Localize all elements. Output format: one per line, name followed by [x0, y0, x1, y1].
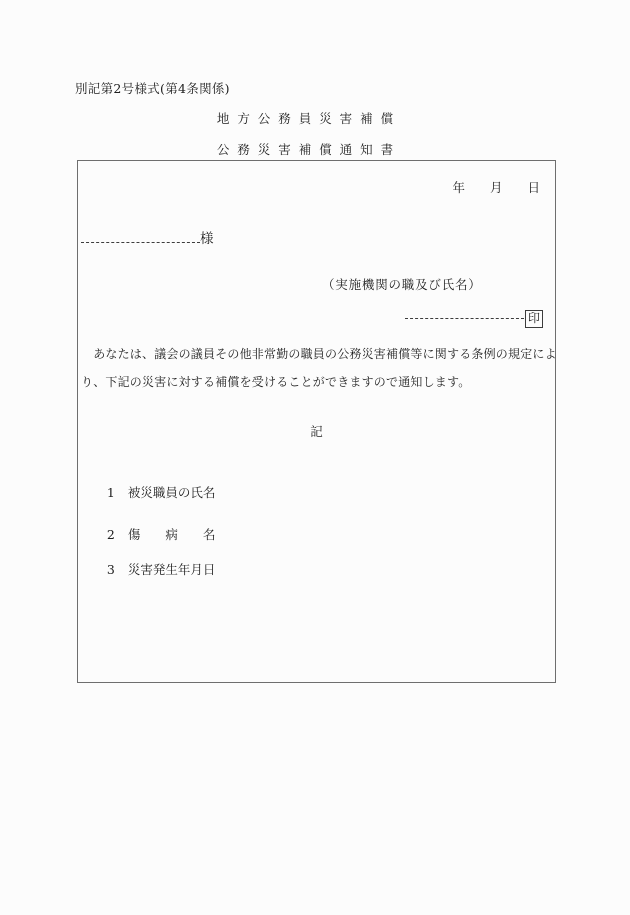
- item-number: 1: [107, 485, 128, 500]
- document-title-line2: 公 務 災 害 補 償 通 知 書: [0, 140, 612, 158]
- item-number: 2: [107, 527, 128, 542]
- date-line: 年 月 日: [452, 178, 540, 196]
- addressee-suffix: 様: [200, 231, 214, 247]
- signature-blank: [405, 305, 524, 319]
- notification-body: あなたは、議会の議員その他非常勤の職員の公務災害補償等に関する条例の規定によ り…: [81, 340, 555, 396]
- list-header-ki: 記: [78, 422, 555, 440]
- item-number: 3: [107, 562, 128, 577]
- signature-seal-line: 印: [405, 305, 543, 328]
- form-id-label: 別記第2号様式(第4条関係): [75, 79, 230, 97]
- body-line-1: あなたは、議会の議員その他非常勤の職員の公務災害補償等に関する条例の規定によ: [81, 340, 555, 368]
- agency-title-name-label: （実施機関の職及び氏名）: [322, 275, 482, 293]
- addressee-line: 様: [81, 227, 214, 247]
- seal-mark: 印: [525, 310, 543, 328]
- item-label: 災害発生年月日: [128, 562, 216, 577]
- list-item-victim-name: 1被災職員の氏名: [83, 468, 215, 516]
- item-label: 被災職員の氏名: [128, 485, 216, 500]
- body-line-2: り、下記の災害に対する補償を受けることができますので通知します。: [81, 368, 555, 396]
- document-page: 別記第2号様式(第4条関係) 地 方 公 務 員 災 害 補 償 公 務 災 害…: [0, 0, 630, 915]
- item-label: 傷 病 名: [128, 527, 216, 542]
- document-title-line1: 地 方 公 務 員 災 害 補 償: [0, 109, 612, 127]
- list-item-disaster-date: 3災害発生年月日: [83, 545, 215, 593]
- addressee-name-blank: [81, 229, 200, 243]
- form-border-box: 年 月 日 様 （実施機関の職及び氏名） 印 あなたは、議会の議員その他非常勤の…: [77, 160, 556, 683]
